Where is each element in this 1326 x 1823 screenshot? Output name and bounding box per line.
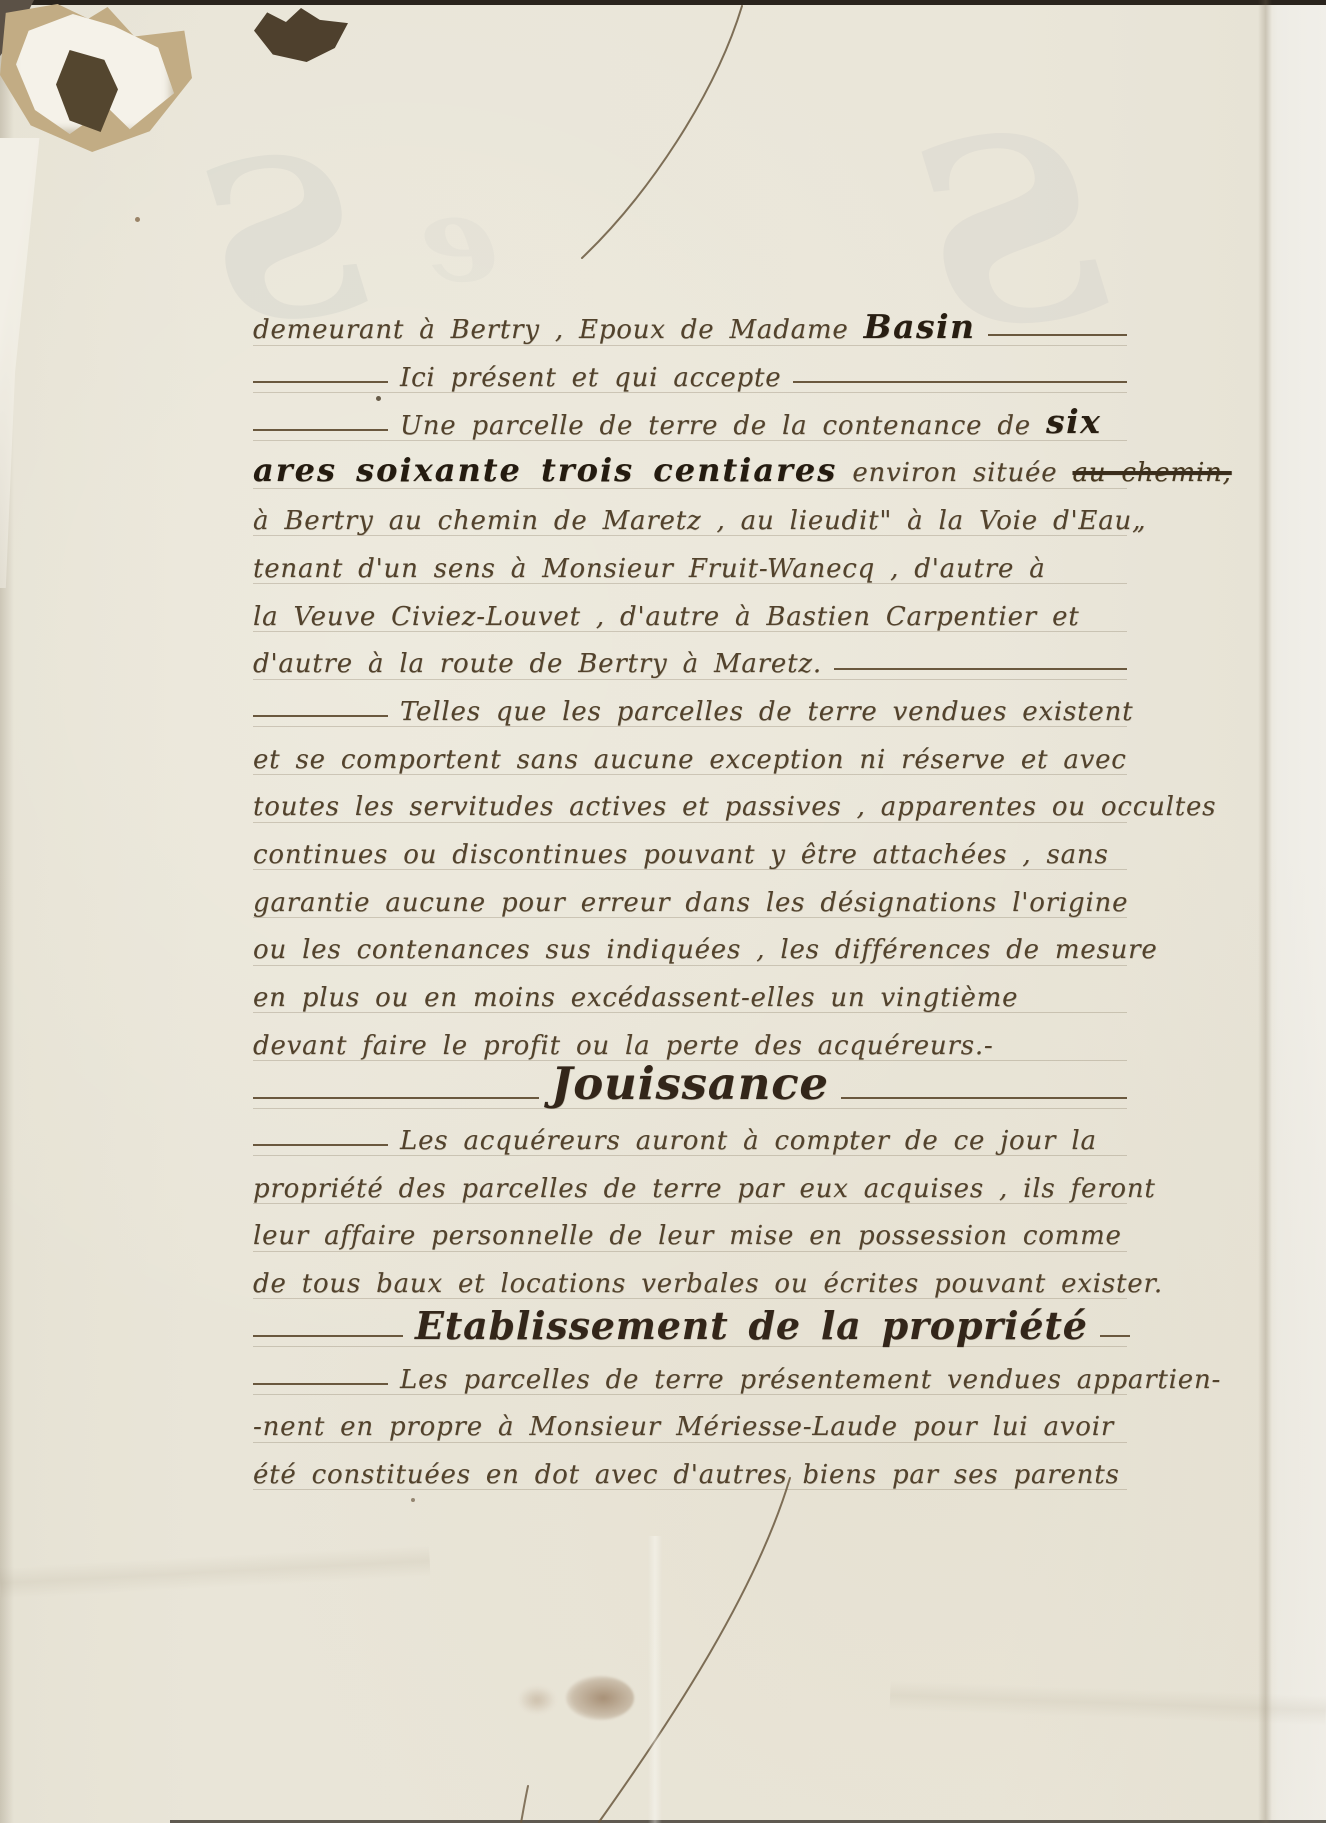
manuscript-line: la Veuve Civiez-Louvet , d'autre à Basti… [253, 584, 1127, 632]
paper-crease [648, 1536, 662, 1823]
text-segment: toutes les servitudes actives et passive… [253, 794, 1216, 821]
text-segment: -nent en propre à Monsieur Mériesse-Laud… [253, 1414, 1114, 1441]
text-segment: Etablissement de la propriété [415, 1306, 1088, 1346]
filler-rule [253, 1383, 388, 1385]
ink-stain-faint [518, 1686, 556, 1714]
filler-rule [253, 715, 388, 717]
manuscript-line: continues ou discontinues pouvant y être… [253, 823, 1127, 871]
filler-rule [841, 1097, 1127, 1099]
manuscript-line: et se comportent sans aucune exception n… [253, 727, 1127, 775]
pen-stroke-tick [521, 1786, 528, 1823]
manuscript-line: leur affaire personnelle de leur mise en… [253, 1204, 1127, 1252]
text-segment: Ici présent et qui accepte [400, 365, 781, 392]
text-segment: d'autre à la route de Bertry à Maretz. [253, 651, 822, 678]
ink-dot [376, 396, 381, 401]
manuscript-line: en plus ou en moins excédassent-elles un… [253, 966, 1127, 1014]
manuscript-line: ares soixante trois centiares environ si… [253, 441, 1127, 489]
ink-stain [566, 1676, 634, 1720]
text-segment: Basin [864, 310, 976, 345]
filler-rule [253, 1335, 403, 1337]
manuscript-line: Une parcelle de terre de la contenance d… [253, 393, 1127, 441]
text-segment: propriété des parcelles de terre par eux… [253, 1176, 1156, 1203]
paper-crease [0, 1545, 431, 1599]
manuscript-line: ou les contenances sus indiquées , les d… [253, 918, 1127, 966]
text-segment: devant faire le profit ou la perte des a… [253, 1033, 994, 1060]
scanned-manuscript-page: S S e demeurant à Bertry , Epoux de Mada… [0, 0, 1326, 1823]
text-segment: six [1046, 405, 1101, 440]
manuscript-line: Les acquéreurs auront à compter de ce jo… [253, 1109, 1127, 1157]
filler-rule [988, 334, 1127, 336]
manuscript-line: été constituées en dot avec d'autres bie… [253, 1443, 1127, 1491]
text-segment: ares soixante trois centiares [253, 454, 837, 488]
filler-rule [1100, 1335, 1130, 1337]
text-segment: en plus ou en moins excédassent-elles un… [253, 985, 1018, 1012]
manuscript-line: de tous baux et locations verbales ou éc… [253, 1252, 1127, 1300]
ink-dot [411, 1498, 415, 1502]
manuscript-line: d'autre à la route de Bertry à Maretz. [253, 632, 1127, 680]
text-segment: Les acquéreurs auront à compter de ce jo… [400, 1128, 1097, 1155]
text-segment: tenant d'un sens à Monsieur Fruit-Wanecq… [253, 556, 1046, 583]
text-segment: à Bertry au chemin de Maretz , au lieudi… [253, 508, 1146, 535]
text-segment: continues ou discontinues pouvant y être… [253, 842, 1109, 869]
text-segment: Les parcelles de terre présentement vend… [400, 1367, 1221, 1394]
text-segment: au chemin, [1072, 460, 1231, 487]
scan-edge-top [0, 0, 1326, 5]
text-segment: demeurant à Bertry , Epoux de Madame [253, 317, 864, 344]
manuscript-line: toutes les servitudes actives et passive… [253, 775, 1127, 823]
manuscript-line: garantie aucune pour erreur dans les dés… [253, 870, 1127, 918]
text-block: demeurant à Bertry , Epoux de Madame Bas… [253, 298, 1127, 1490]
manuscript-line: -nent en propre à Monsieur Mériesse-Laud… [253, 1395, 1127, 1443]
page-edge-crease-right [1258, 0, 1272, 1823]
pen-stroke-top [582, 6, 742, 258]
section-heading: Jouissance [253, 1061, 1127, 1109]
ink-dot [135, 217, 140, 222]
filler-rule [253, 381, 388, 383]
manuscript-line: Ici présent et qui accepte [253, 346, 1127, 394]
filler-rule [793, 381, 1127, 383]
filler-rule [834, 668, 1127, 670]
filler-rule [253, 429, 388, 431]
text-segment: été constituées en dot avec d'autres bie… [253, 1462, 1120, 1489]
text-segment: de tous baux et locations verbales ou éc… [253, 1271, 1163, 1298]
manuscript-line: à Bertry au chemin de Maretz , au lieudi… [253, 489, 1127, 537]
manuscript-line: demeurant à Bertry , Epoux de Madame Bas… [253, 298, 1127, 346]
filler-rule [253, 1097, 539, 1099]
manuscript-line: devant faire le profit ou la perte des a… [253, 1013, 1127, 1061]
manuscript-line: propriété des parcelles de terre par eux… [253, 1156, 1127, 1204]
text-segment: garantie aucune pour erreur dans les dés… [253, 890, 1128, 917]
section-heading: Etablissement de la propriété [253, 1299, 1127, 1347]
pen-stroke-bottom [599, 1478, 790, 1822]
text-segment: leur affaire personnelle de leur mise en… [253, 1223, 1122, 1250]
text-segment: Telles que les parcelles de terre vendue… [400, 699, 1133, 726]
text-segment: Jouissance [551, 1060, 829, 1107]
filler-rule [253, 1144, 388, 1146]
text-segment: Une parcelle de terre de la contenance d… [400, 413, 1046, 440]
manuscript-line: Telles que les parcelles de terre vendue… [253, 680, 1127, 728]
text-segment: environ située [837, 460, 1072, 487]
paper-fold-wedge [0, 138, 58, 588]
text-segment: et se comportent sans aucune exception n… [253, 747, 1127, 774]
tear-hole [254, 8, 348, 62]
text-segment: ou les contenances sus indiquées , les d… [253, 937, 1158, 964]
manuscript-line: Les parcelles de terre présentement vend… [253, 1347, 1127, 1395]
text-segment: la Veuve Civiez-Louvet , d'autre à Basti… [253, 604, 1080, 631]
bleedthrough-letter: e [414, 176, 502, 303]
manuscript-line: tenant d'un sens à Monsieur Fruit-Wanecq… [253, 536, 1127, 584]
